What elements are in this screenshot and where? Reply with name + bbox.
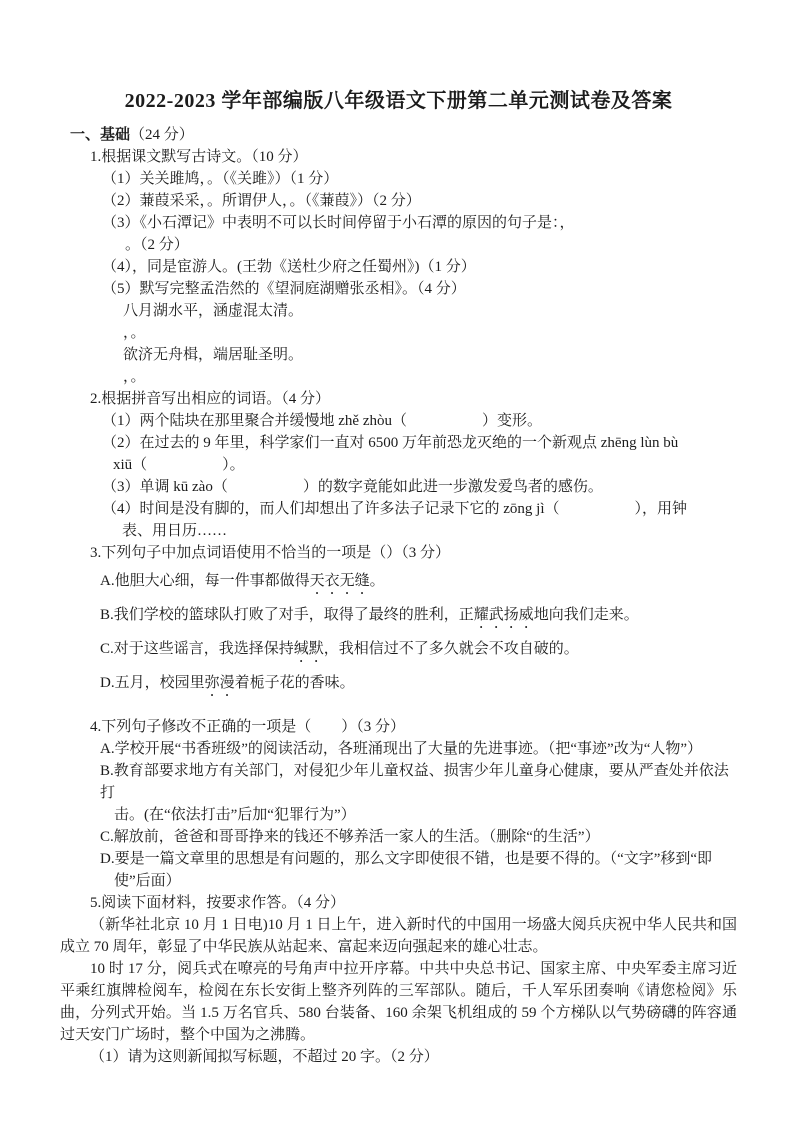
q1-poem-line-2: ，。 (60, 322, 737, 344)
test-paper-page: 2022-2023 学年部编版八年级语文下册第二单元测试卷及答案 一、基础（24… (0, 0, 793, 1122)
q3-option-b-post: 地向我们走来。 (534, 607, 639, 623)
q5-sub-question-1: （1）请为这则新闻拟写标题，不超过 20 字。（2 分） (60, 1046, 737, 1068)
q4-stem: 4.下列句子修改不正确的一项是（ ）（3 分） (60, 716, 737, 738)
q1-poem-line-4: ，。 (60, 366, 737, 388)
q3-option-c-post: ，我相信过不了多久就会不攻自破的。 (324, 641, 579, 657)
q1-poem-line-3: 欲济无舟楫，端居耻圣明。 (60, 344, 737, 366)
q3-option-d-pre: D.五月，校园里 (100, 675, 205, 691)
section-1-score: （24 分） (130, 127, 194, 143)
q2-item-4-line-2: 表、用日历…… (60, 520, 737, 542)
q2-item-1: （1）两个陆块在那里聚合并缓慢地 zhě zhòu（ ）变形。 (60, 410, 737, 432)
q3-option-b-pre: B.我们学校的篮球队打败了对手，取得了最终的胜利，正 (100, 607, 474, 623)
q3-option-c: C.对于这些谣言，我选择保持缄默，我相信过不了多久就会不攻自破的。 (60, 638, 737, 666)
q3-option-a-pre: A.他胆大心细，每一件事都做得 (100, 573, 310, 589)
q3-stem: 3.下列句子中加点词语使用不恰当的一项是（）（3 分） (60, 542, 737, 564)
q1-poem-line-1: 八月湖水平，涵虚混太清。 (60, 300, 737, 322)
q4-option-b-line-1: B.教育部要求地方有关部门，对侵犯少年儿童权益、损害少年儿童身心健康，要从严查处… (60, 760, 737, 804)
q1-item-5: （5）默写完整孟浩然的《望洞庭湖赠张丞相》。（4 分） (60, 278, 737, 300)
q2-item-4-line-1: （4）时间是没有脚的，而人们却想出了许多法子记录下它的 zōng jì（ ），用… (60, 498, 737, 520)
q1-item-4: （4），同是宦游人。(王勃《送杜少府之任蜀州》)（1 分） (60, 256, 737, 278)
q1-item-3-line-1: （3）《小石潭记》中表明不可以长时间停留于小石潭的原因的句子是：， (60, 212, 737, 234)
q4-option-c: C.解放前，爸爸和哥哥挣来的钱还不够养活一家人的生活。（删除“的生活”） (60, 826, 737, 848)
document-content: 2022-2023 学年部编版八年级语文下册第二单元测试卷及答案 一、基础（24… (60, 0, 737, 1068)
q3-option-d: D.五月，校园里弥漫着栀子花的香味。 (60, 672, 737, 700)
q3-option-b: B.我们学校的篮球队打败了对手，取得了最终的胜利，正耀武扬威地向我们走来。 (60, 604, 737, 632)
q3-option-a: A.他胆大心细，每一件事都做得天衣无缝。 (60, 570, 737, 598)
q4-option-d-line-1: D.要是一篇文章里的思想是有问题的，那么文字即使很不错，也是要不得的。（“文字”… (60, 848, 737, 870)
q2-item-2-line-1: （2）在过去的 9 年里，科学家们一直对 6500 万年前恐龙灭绝的一个新观点 … (60, 432, 737, 454)
q2-item-2-line-2: xiū（ ）。 (60, 454, 737, 476)
q1-item-1: （1）关关雎鸠，。（《关雎》）（1 分） (60, 168, 737, 190)
q5-news-paragraph-1: （新华社北京 10 月 1 日电)10 月 1 日上午，进入新时代的中国用一场盛… (60, 914, 737, 958)
q3-option-c-pre: C.对于这些谣言，我选择保持 (100, 641, 294, 657)
q4-option-a: A.学校开展“书香班级”的阅读活动，各班涌现出了大量的先进事迹。（把“事迹”改为… (60, 738, 737, 760)
q1-item-2: （2）蒹葭采采，。所谓伊人，。（《蒹葭》）（2 分） (60, 190, 737, 212)
section-1-heading: 一、基础（24 分） (60, 124, 737, 146)
q3-option-c-emphasized-word: 缄默 (294, 641, 324, 657)
q3-option-a-post: 。 (370, 573, 385, 589)
q3-option-d-post: 着栀子花的香味。 (235, 675, 355, 691)
q3-option-d-emphasized-word: 弥漫 (205, 675, 235, 691)
q3-option-a-emphasized-word: 天衣无缝 (310, 573, 370, 589)
q5-stem: 5.阅读下面材料，按要求作答。（4 分） (60, 892, 737, 914)
section-1-label: 一、基础 (70, 127, 130, 143)
q1-stem: 1.根据课文默写古诗文。（10 分） (60, 146, 737, 168)
page-title: 2022-2023 学年部编版八年级语文下册第二单元测试卷及答案 (60, 0, 737, 116)
q4-option-b-line-2: 击。(在“依法打击”后加“犯罪行为”） (60, 804, 737, 826)
q3-option-b-emphasized-word: 耀武扬威 (474, 607, 534, 623)
q2-stem: 2.根据拼音写出相应的词语。（4 分） (60, 388, 737, 410)
q2-item-3: （3）单调 kū zào（ ）的数字竟能如此进一步激发爱鸟者的感伤。 (60, 476, 737, 498)
q4-option-d-line-2: 使”后面） (60, 870, 737, 892)
q5-news-paragraph-2: 10 时 17 分，阅兵式在嘹亮的号角声中拉开序幕。中共中央总书记、国家主席、中… (60, 958, 737, 1046)
q1-item-3-line-2: 。（2 分） (60, 234, 737, 256)
